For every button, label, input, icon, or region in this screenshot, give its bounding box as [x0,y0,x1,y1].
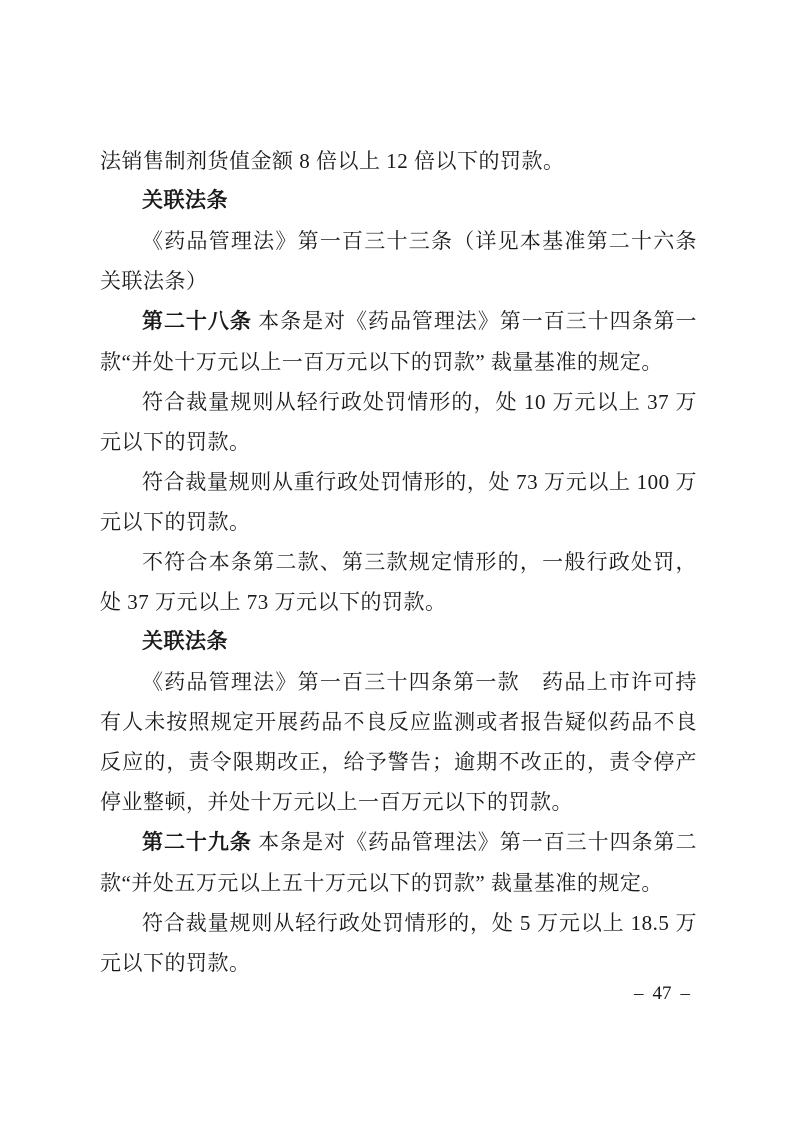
paragraph-article-29: 第二十九条本条是对《药品管理法》第一百三十四条第二款“并处五万元以上五十万元以下… [100,822,697,903]
paragraph-lenient-penalty: 符合裁量规则从轻行政处罚情形的，处 10 万元以上 37 万元以下的罚款。 [100,382,697,462]
paragraph-general-penalty: 不符合本条第二款、第三款规定情形的，一般行政处罚，处 37 万元以上 73 万元… [100,542,697,622]
paragraph-severe-penalty: 符合裁量规则从重行政处罚情形的，处 73 万元以上 100 万元以下的罚款。 [100,462,697,542]
paragraph-continuation: 法销售制剂货值金额 8 倍以上 12 倍以下的罚款。 [100,141,697,181]
section-heading-related-laws: 关联法条 [100,181,697,221]
paragraph-law-text-134: 《药品管理法》第一百三十四条第一款 药品上市许可持有人未按照规定开展药品不良反应… [100,662,697,822]
article-28-number: 第二十八条 [142,310,252,333]
section-heading-related-laws-2: 关联法条 [100,622,697,662]
paragraph-law-reference: 《药品管理法》第一百三十三条（详见本基准第二十六条关联法条） [100,221,697,301]
paragraph-lenient-penalty-2: 符合裁量规则从轻行政处罚情形的，处 5 万元以上 18.5 万元以下的罚款。 [100,903,697,983]
page-number-dash-right: – [681,983,691,1004]
document-page: 法销售制剂货值金额 8 倍以上 12 倍以下的罚款。 关联法条 《药品管理法》第… [0,0,793,1122]
page-number: 47 [653,983,672,1004]
article-29-number: 第二十九条 [142,831,252,854]
paragraph-article-28: 第二十八条本条是对《药品管理法》第一百三十四条第一款“并处十万元以上一百万元以下… [100,301,697,382]
page-body-text: 法销售制剂货值金额 8 倍以上 12 倍以下的罚款。 关联法条 《药品管理法》第… [100,141,697,983]
page-footer: –47– [100,983,697,1005]
page-number-dash-left: – [634,983,644,1004]
